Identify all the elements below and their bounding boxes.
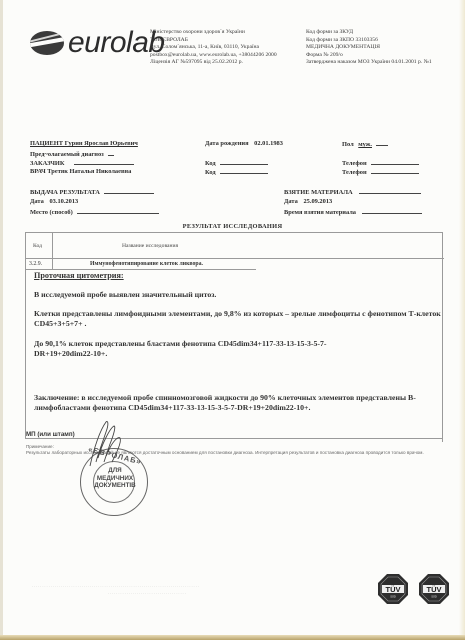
form-code-zkpo: Код форми за ЗКПО 33103356	[306, 37, 432, 45]
result-issue-field: ВЫДАЧА РЕЗУЛЬТАТА	[30, 188, 154, 196]
sample-label: ВЗЯТИЕ МАТЕРИАЛА	[284, 189, 353, 196]
sex-blank	[376, 140, 388, 146]
form-code-zkud: Код форми за ЗКУД	[306, 29, 432, 37]
company-line: ТОВ ЄВРОЛАБ	[150, 37, 277, 45]
sample-blank	[359, 188, 421, 194]
code-label: Код	[205, 160, 216, 167]
stamp-line-2: МЕДИЧНИХ	[81, 475, 149, 483]
form-number: Форма № 209/о	[306, 52, 432, 60]
sample-time-label: Время взятия материала	[284, 209, 356, 216]
place-field: Место (способ)	[30, 208, 159, 216]
result-paragraph-cytosis: В исследуемой пробе выявлен значительный…	[34, 290, 444, 300]
ministry-line: Міністерство охорони здоров`я України	[150, 29, 277, 37]
sex-label: Пол	[342, 141, 354, 148]
sample-time-blank	[362, 208, 422, 214]
organization-info: Міністерство охорони здоров`я України ТО…	[150, 29, 277, 67]
birth-date-field: Дата рождения 02.01.1983	[205, 140, 283, 147]
signature-icon	[82, 418, 126, 470]
test-name: Иммунофенотипирование клеток ликвора.	[90, 261, 203, 267]
faint-bleedthrough-text: · · · · · · · · · · · · · · · · · · · · …	[32, 585, 199, 589]
birth-date-value: 02.01.1983	[254, 140, 283, 147]
conclusion-paragraph: Заключение: в исследуемой пробе спинномо…	[34, 393, 444, 413]
results-title: РЕЗУЛЬТАТ ИССЛЕДОВАНИЯ	[0, 223, 465, 230]
svg-text:SÜD: SÜD	[390, 595, 396, 599]
sample-date-value: 25.09.2013	[303, 198, 332, 205]
diagnosis-field: Пред~олагаемый диагноз	[30, 150, 114, 158]
doctor-phone-field: Телефон	[342, 168, 419, 176]
approval-line: Затверджена наказом МОЗ України 04.01.20…	[306, 59, 432, 67]
contact-line: postbox@eurolab.ua, www.eurolab.ua, +380…	[150, 52, 277, 60]
customer-blank	[74, 159, 134, 165]
doctor-code-field: Код	[205, 168, 268, 176]
place-label: Место (способ)	[30, 209, 73, 216]
birth-date-label: Дата рождения	[205, 140, 249, 147]
eurolab-logo: eurolab	[30, 28, 165, 58]
svg-text:TÜV: TÜV	[386, 585, 401, 594]
sex-value: муж.	[358, 141, 372, 148]
result-paragraph-lymphoid: Клетки представлены лимфоидными элемента…	[34, 309, 444, 329]
issue-date-value: 03.10.2013	[49, 198, 78, 205]
doctor-name: ВРАЧ Третяк Наталья Николаевна	[30, 168, 131, 175]
medical-documentation: МЕДИЧНА ДОКУМЕНТАЦІЯ	[306, 44, 432, 52]
address-line: Вул. Солом`янська, 11-а, Київ, 03110, Ук…	[150, 44, 277, 52]
globe-logo-icon	[30, 31, 64, 55]
result-issue-label: ВЫДАЧА РЕЗУЛЬТАТА	[30, 189, 100, 196]
place-blank	[77, 208, 159, 214]
result-paragraph-blasts: До 90,1% клеток представлены бластами фе…	[34, 339, 334, 359]
phone-blank	[371, 168, 419, 174]
sex-field: Пол муж.	[342, 140, 388, 148]
license-line: Ліцензія АГ №597095 від 25.02.2012 р.	[150, 59, 277, 67]
scan-edge-left	[0, 0, 3, 640]
sample-time-field: Время взятия материала	[284, 208, 422, 216]
stamp-center-text: ДЛЯ МЕДИЧНИХ ДОКУМЕНТІВ	[81, 467, 149, 490]
svg-text:TÜV: TÜV	[427, 585, 442, 594]
stamp-line-3: ДОКУМЕНТІВ	[81, 482, 149, 490]
tuv-certification-badge: TÜV SÜD	[418, 573, 450, 605]
scan-edge-bottom	[0, 635, 465, 640]
phone-label: Телефон	[342, 169, 367, 176]
svg-text:SÜD: SÜD	[431, 595, 437, 599]
sample-field: ВЗЯТИЕ МАТЕРИАЛА	[284, 188, 421, 196]
customer-label: ЗАКАЗЧИК	[30, 160, 65, 167]
flow-cytometry-heading: Проточная цитометрия:	[34, 271, 124, 280]
diagnosis-label: Пред~олагаемый диагноз	[30, 151, 104, 158]
patient-name: ПАЦИЕНТ Гурин Ярослав Юрьевич	[30, 140, 138, 147]
sample-date-label: Дата	[284, 198, 298, 205]
form-info: Код форми за ЗКУД Код форми за ЗКПО 3310…	[306, 29, 432, 67]
customer-code-field: Код	[205, 159, 268, 167]
phone-blank	[371, 159, 419, 165]
issue-date-label: Дата	[30, 198, 44, 205]
tuv-certification-badge: TÜV SÜD	[377, 573, 409, 605]
column-header-code: Код	[33, 243, 42, 249]
diagnosis-blank	[108, 150, 114, 156]
results-table: Код Название исследования 3.2.9. Иммуноф…	[25, 232, 443, 412]
customer-phone-field: Телефон	[342, 159, 419, 167]
column-header-name: Название исследования	[122, 243, 178, 249]
test-code: 3.2.9.	[29, 261, 42, 267]
code-label: Код	[205, 169, 216, 176]
table-header-row	[26, 233, 444, 259]
phone-label: Телефон	[342, 160, 367, 167]
code-blank	[220, 159, 268, 165]
result-issue-blank	[104, 188, 154, 194]
code-blank	[220, 168, 268, 174]
stamp-label: МП (или штамп)	[26, 431, 75, 438]
document-page: eurolab Міністерство охорони здоров`я Ук…	[0, 0, 465, 640]
customer-field: ЗАКАЗЧИК	[30, 159, 134, 167]
sample-date-field: Дата 25.09.2013	[284, 198, 332, 205]
scan-edge-right	[459, 0, 465, 640]
issue-date-field: Дата 03.10.2013	[30, 198, 78, 205]
faint-bleedthrough-text: · · · · · · · · · · · · · · · · · · · · …	[108, 592, 186, 596]
